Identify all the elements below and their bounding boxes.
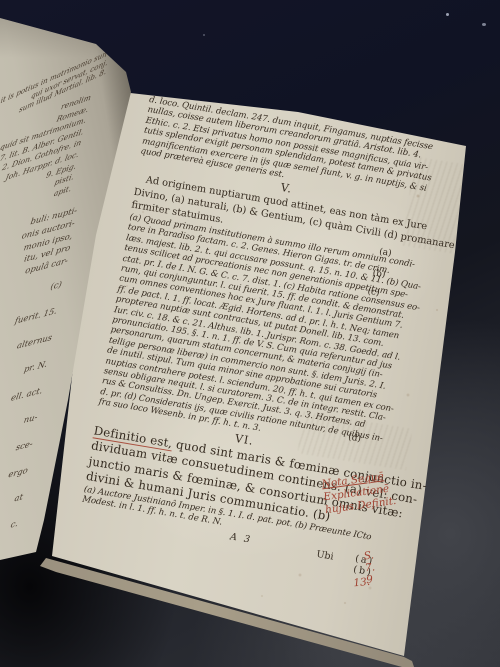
dust-speck [482, 23, 486, 26]
book-photo-scene: d. loco. Quintil. declam. 247. dum inqui… [0, 0, 500, 667]
dust-speck [446, 13, 449, 16]
dust-speck [203, 34, 205, 36]
